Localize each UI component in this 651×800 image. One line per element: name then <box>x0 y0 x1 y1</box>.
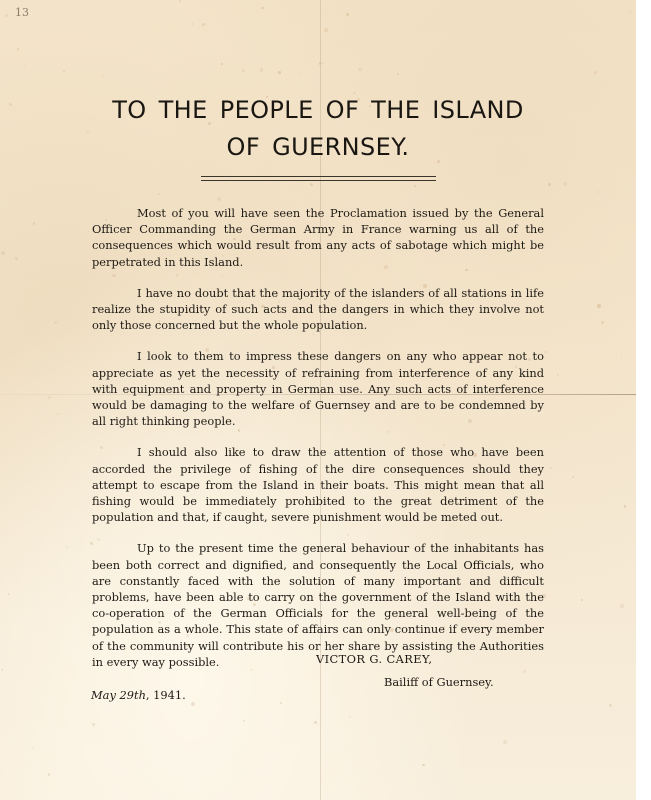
date-month-day: May 29th <box>91 688 146 702</box>
document-title: TO THE PEOPLE OF THE ISLAND OF GUERNSEY. <box>0 92 636 166</box>
paragraph-fishing: I should also like to draw the attention… <box>92 444 544 525</box>
handwritten-page-number: 13 <box>15 6 29 19</box>
date-year: , 1941. <box>146 688 186 702</box>
paragraph-interference: I look to them to impress these dangers … <box>92 348 544 429</box>
title-line-1: TO THE PEOPLE OF THE ISLAND <box>0 92 636 129</box>
title-double-rule <box>201 176 436 181</box>
signatory-name: VICTOR G. CAREY, <box>316 652 432 666</box>
document-date: May 29th, 1941. <box>91 688 186 702</box>
title-line-2: OF GUERNSEY. <box>0 129 636 166</box>
document-page: 13 TO THE PEOPLE OF THE ISLAND OF GUERNS… <box>0 0 636 800</box>
paragraph-majority: I have no doubt that the majority of the… <box>92 285 544 334</box>
paragraph-cooperation: Up to the present time the general behav… <box>92 540 544 670</box>
signatory-title: Bailiff of Guernsey. <box>384 675 494 689</box>
paragraph-proclamation: Most of you will have seen the Proclamat… <box>92 205 544 270</box>
proclamation-body: Most of you will have seen the Proclamat… <box>92 205 544 685</box>
